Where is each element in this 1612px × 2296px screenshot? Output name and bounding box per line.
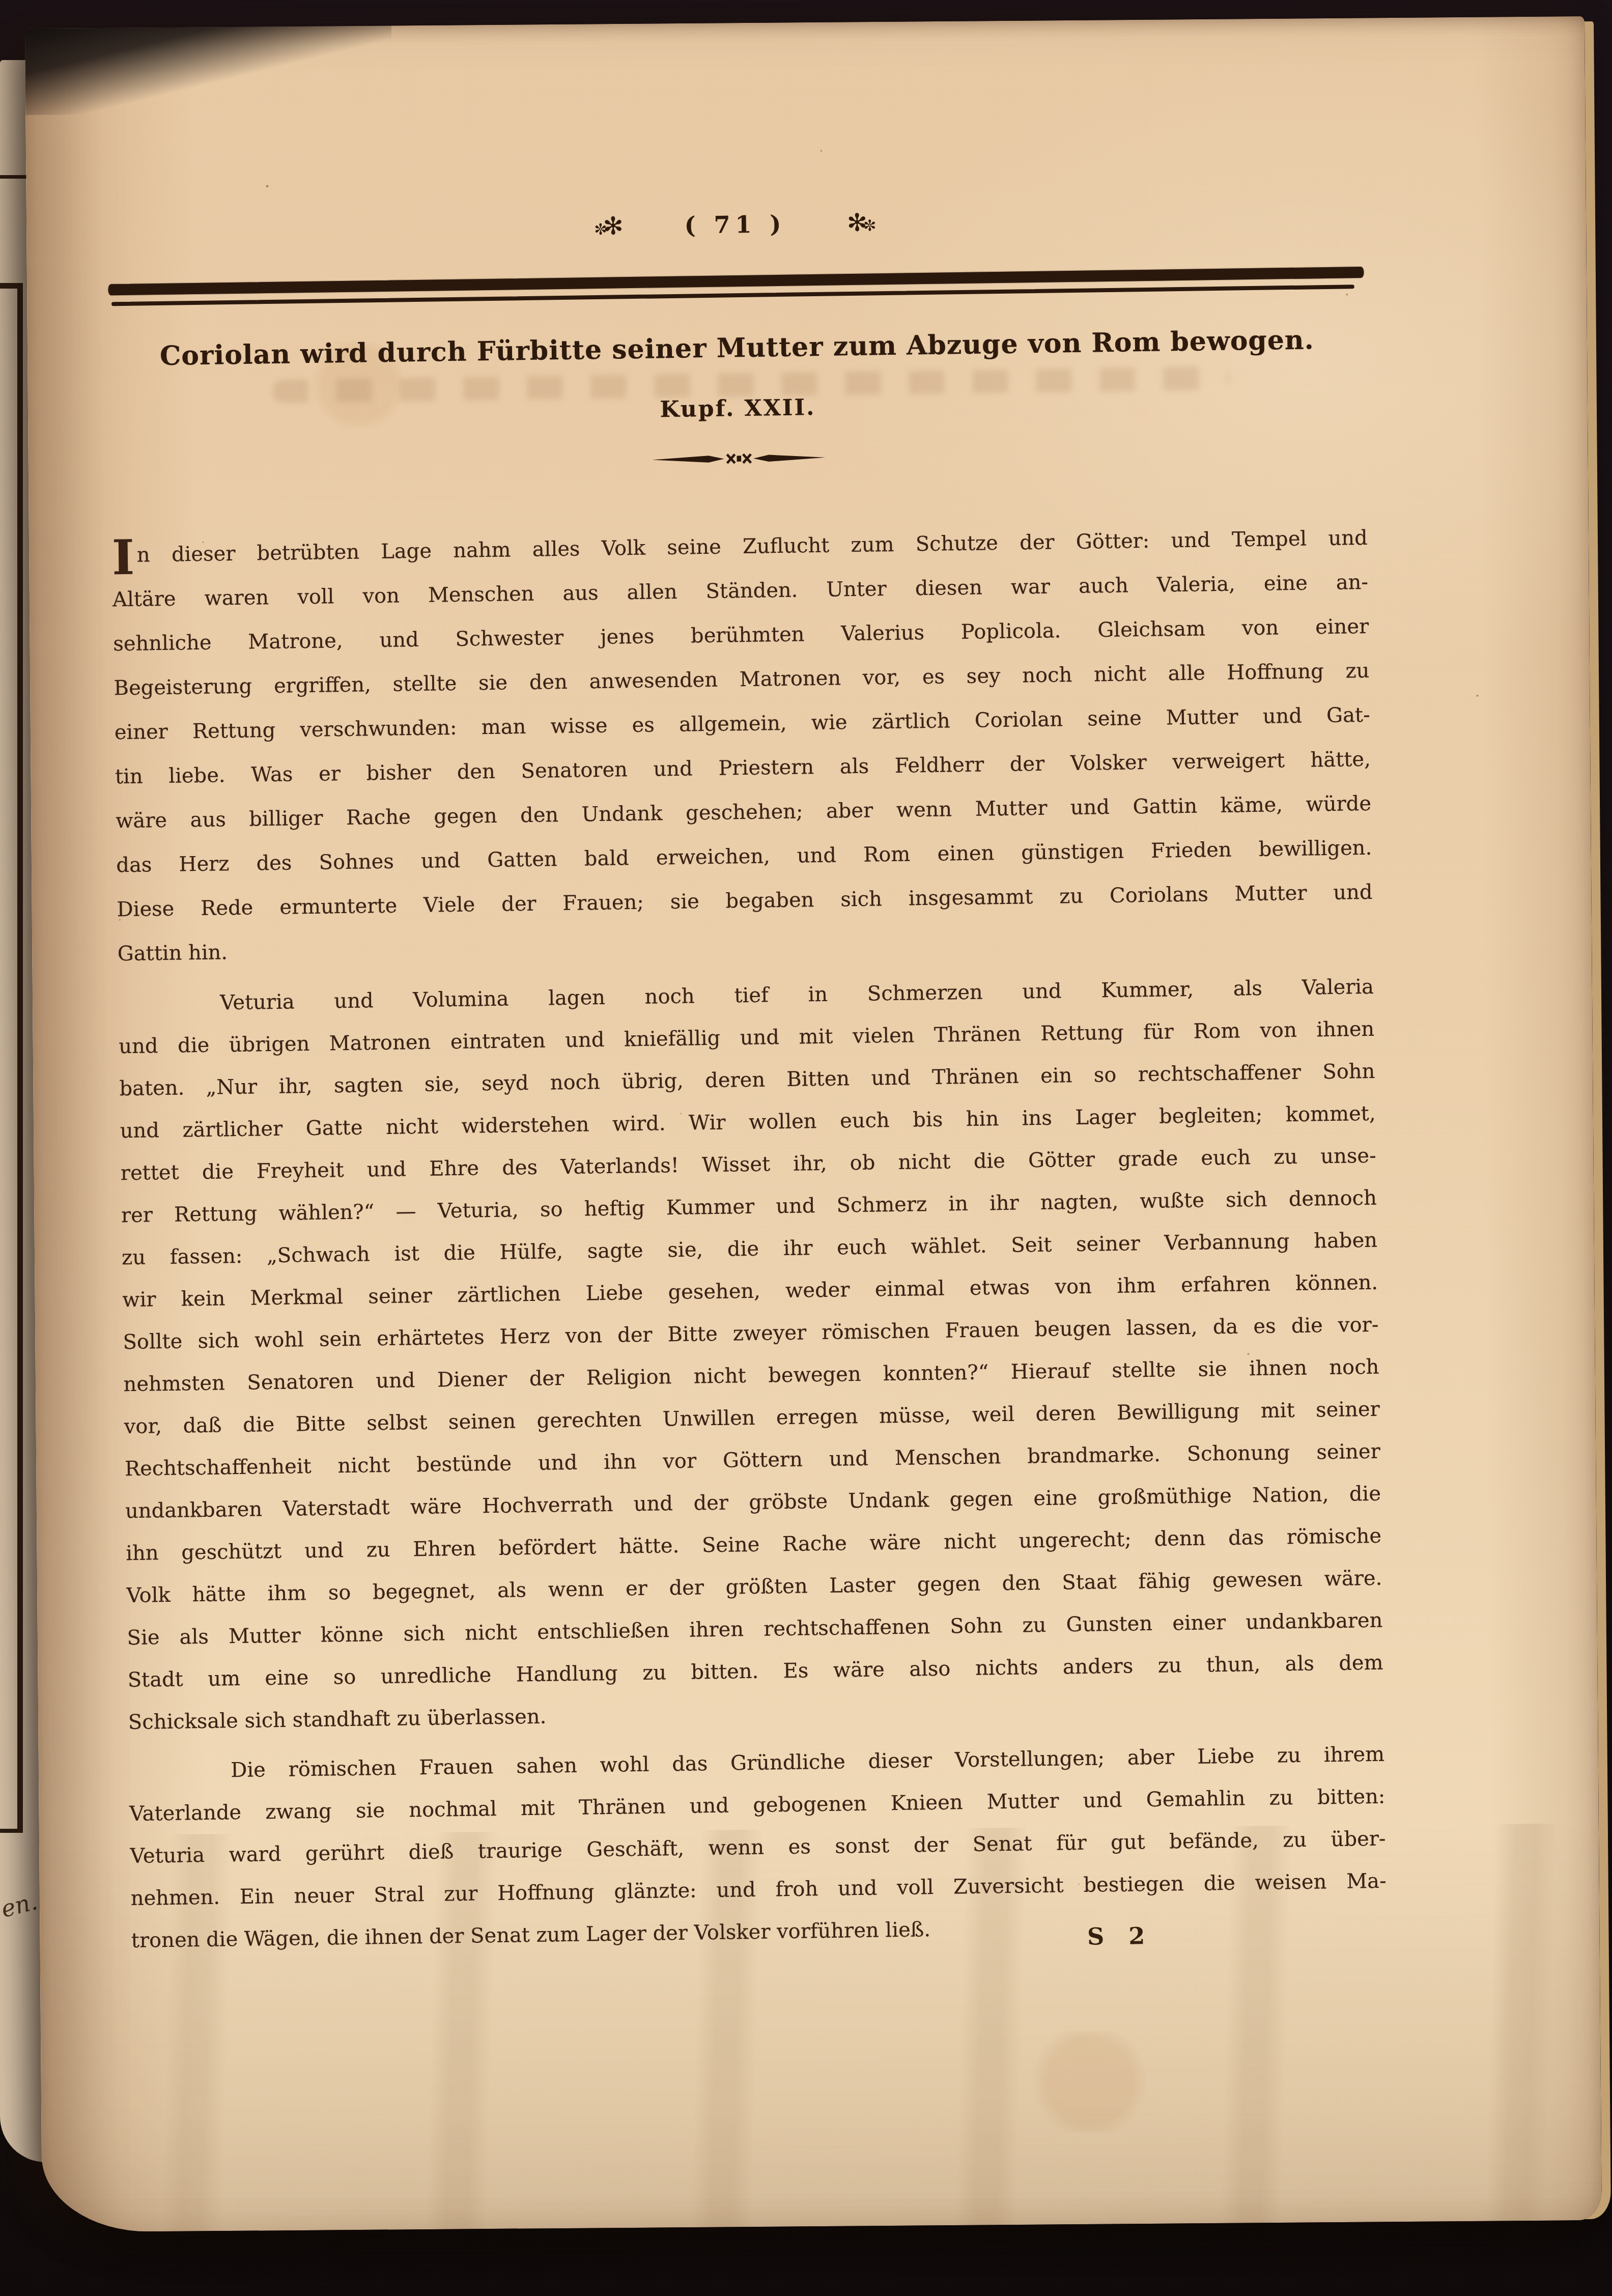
page-header: ✼✻ ( 71 ) ✼✻	[107, 202, 1364, 247]
page-content: ✼✻ ( 71 ) ✼✻ Coriolan wird durch Fürbitt…	[105, 14, 1391, 2235]
header-double-rule	[108, 267, 1364, 306]
signature-mark: S 2	[1087, 1922, 1153, 1950]
previous-page-text-fragment: en.	[0, 1887, 40, 1923]
chapter-title: Coriolan wird durch Fürbitte seiner Mutt…	[109, 324, 1365, 372]
paragraph: In dieser betrübten Lage nahm alles Volk…	[111, 516, 1373, 976]
paragraph: Veturia und Volumina lagen noch tief in …	[118, 966, 1384, 1744]
plate-reference: Kupf. XXII.	[110, 387, 1366, 430]
asterism-ornament-left-icon: ✼✻	[594, 212, 619, 241]
book-scan: en. ✼✻ ( 71 ) ✼✻ Coriolan wird durch Für…	[0, 0, 1612, 2296]
book-page: ✼✻ ( 71 ) ✼✻ Coriolan wird durch Fürbitt…	[25, 16, 1602, 2232]
tapered-rule-divider-icon	[651, 447, 827, 470]
asterism-ornament-right-icon: ✼✻	[851, 208, 876, 237]
body-text: In dieser betrübten Lage nahm alles Volk…	[111, 516, 1387, 1962]
paragraph: Die römischen Frauen sahen wohl das Grün…	[129, 1734, 1388, 1962]
previous-page-frame-fragment	[0, 283, 23, 1833]
page-number: ( 71 )	[684, 210, 786, 239]
drop-cap-initial: I	[111, 536, 134, 581]
